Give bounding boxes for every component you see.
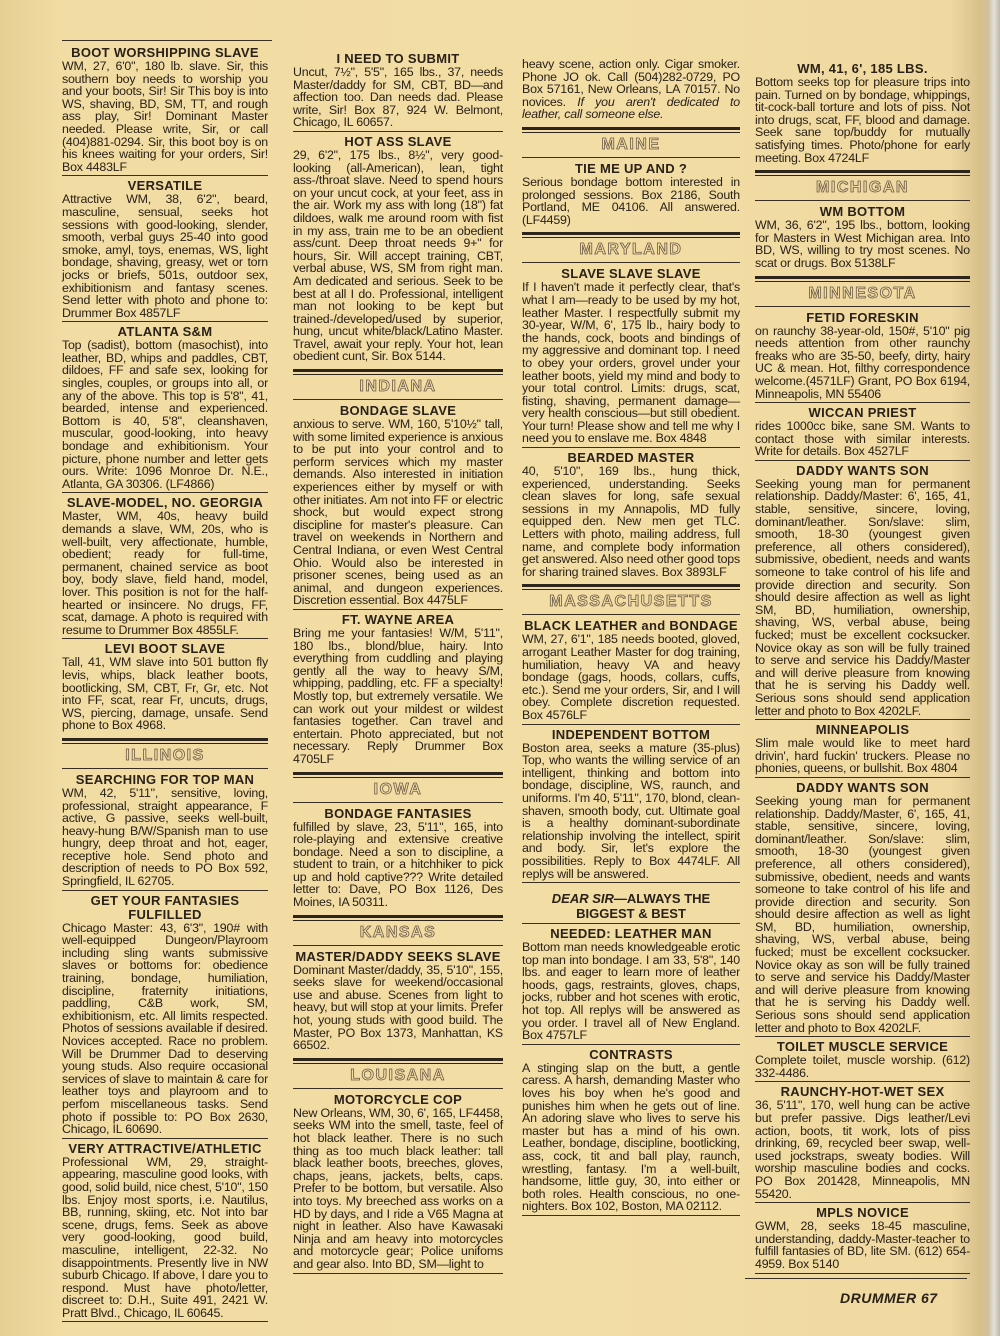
classified-ad-continued: heavy scene, action only. Cigar smoker. … [522,58,740,121]
rule [755,460,970,461]
rule [755,200,970,201]
footer-rule [745,1278,967,1279]
ad-body: anxious to serve. WM, 160, 5'10½" tall, … [293,418,503,607]
ad-title: HOT ASS SLAVE [293,135,503,149]
classified-ad: BLACK LEATHER and BONDAGEWM, 27, 6'1", 1… [522,619,740,721]
ad-title: NEEDED: LEATHER MAN [522,927,740,941]
classified-ad: INDEPENDENT BOTTOMBoston area, seeks a m… [522,728,740,881]
double-rule [755,276,970,282]
state-header: ILLINOIS [62,738,268,769]
double-rule [293,369,503,375]
double-rule [522,584,740,590]
rule [62,768,268,769]
ad-body: WM, 42, 5'11", sensitive, loving, profes… [62,787,268,888]
state-name: ILLINOIS [62,747,268,765]
ad-body: Bring me your fantasies! W/M, 5'11", 180… [293,627,503,766]
rule [755,306,970,307]
classified-ad: MPLS NOVICEGWM, 28, seeks 18-45 masculin… [755,1206,970,1270]
classified-ad: SEARCHING FOR TOP MANWM, 42, 5'11", sens… [62,773,268,888]
ad-body: 40, 5'10", 169 lbs., hung thick, experie… [522,465,740,578]
ad-body: Top (sadist), bottom (masochist), into l… [62,339,268,490]
ad-body: Slim male would like to meet hard drivin… [755,737,970,775]
ad-title: WICCAN PRIEST [755,406,970,420]
ad-body: Chicago Master: 43, 6'3", 190# with well… [62,922,268,1136]
classified-ad: MOTORCYCLE COPNew Orleans, WM, 30, 6', 1… [293,1093,503,1271]
ad-body: Uncut, 7½", 5'5", 165 lbs., 37, needs Ma… [293,66,503,129]
rule [755,777,970,778]
ad-title: GET YOUR FANTASIES FULFILLED [62,894,268,922]
rule [62,1138,268,1139]
page-edge [988,0,1000,1336]
classified-ad: WM, 41, 6', 185 LBS.Bottom seeks top for… [755,62,970,164]
rule [755,1036,970,1037]
double-rule [522,127,740,133]
classified-ad: MINNEAPOLISSlim male would like to meet … [755,723,970,775]
ad-body: Master, WM, 40s, heavy build demands a s… [62,510,268,636]
classified-ad: DADDY WANTS SONSeeking young man for per… [755,464,970,717]
ad-title: CONTRASTS [522,1048,740,1062]
ad-title: FT. WAYNE AREA [293,613,503,627]
ad-body: A stinging slap on the butt, a gentle ca… [522,1062,740,1213]
classified-ad: FETID FORESKINon raunchy 38-year-old, 15… [755,311,970,401]
ad-body: WM, 36, 6'2", 195 lbs., bottom, looking … [755,219,970,269]
ad-title: WM BOTTOM [755,205,970,219]
state-header: MINNESOTA [755,276,970,307]
state-header: MARYLAND [522,232,740,263]
rule [522,923,740,924]
ad-title: BLACK LEATHER and BONDAGE [522,619,740,633]
ad-title: TIE ME UP AND ? [522,162,740,176]
state-name: MICHIGAN [755,179,970,197]
rule [522,262,740,263]
classified-ad: BEARDED MASTER40, 5'10", 169 lbs., hung … [522,451,740,578]
top-rule [62,40,272,41]
state-name: MASSACHUSETTS [522,593,740,611]
state-header: IOWA [293,772,503,803]
ad-title: DADDY WANTS SON [755,464,970,478]
ad-title: VERY ATTRACTIVE/ATHLETIC [62,1142,268,1156]
ad-title: MINNEAPOLIS [755,723,970,737]
rule [522,157,740,158]
rule [293,1088,503,1089]
ad-body: Attractive WM, 38, 6'2", beard, masculin… [62,193,268,319]
ad-body: New Orleans, WM, 30, 6', 165, LF4458, se… [293,1107,503,1271]
classified-ad: VERSATILEAttractive WM, 38, 6'2", beard,… [62,179,268,319]
ad-title: BONDAGE FANTASIES [293,807,503,821]
ad-body: Bottom man needs knowledgeable erotic to… [522,941,740,1042]
ad-body: Seeking young man for permanent relation… [755,478,970,717]
classified-ad: GET YOUR FANTASIES FULFILLEDChicago Mast… [62,894,268,1136]
ad-title: BOOT WORSHIPPING SLAVE [62,46,268,60]
rule [293,1273,503,1274]
classified-ad: WM BOTTOMWM, 36, 6'2", 195 lbs., bottom,… [755,205,970,269]
ad-body: GWM, 28, seeks 18-45 masculine, understa… [755,1220,970,1270]
double-rule [293,1058,503,1064]
rule [522,882,740,883]
column-4: WM, 41, 6', 185 LBS.Bottom seeks top for… [755,62,970,1277]
rule [755,402,970,403]
ad-body: Seeking young man for permanent relation… [755,795,970,1034]
rule [755,1081,970,1082]
classified-ad: FT. WAYNE AREABring me your fantasies! W… [293,613,503,766]
page-footer: DRUMMER 67 [840,1290,938,1306]
state-name: MAINE [522,136,740,154]
banner-italic: DEAR SIR [552,891,614,906]
ad-body: Tall, 41, WM slave into 501 button fly l… [62,656,268,732]
state-header: LOUISANA [293,1058,503,1089]
classified-ad: CONTRASTSA stinging slap on the butt, a … [522,1048,740,1213]
rule [62,638,268,639]
classified-ad: DADDY WANTS SONSeeking young man for per… [755,781,970,1034]
classified-ad: LEVI BOOT SLAVETall, 41, WM slave into 5… [62,642,268,732]
rule [522,1044,740,1045]
rule [293,802,503,803]
ad-title: RAUNCHY-HOT-WET SEX [755,1085,970,1099]
ad-body: fulfilled by slave, 23, 5'11", 165, into… [293,821,503,909]
classified-ad: TOILET MUSCLE SERVICEComplete toilet, mu… [755,1040,970,1079]
column-1: BOOT WORSHIPPING SLAVEWM, 27, 6'0", 180 … [62,46,268,1325]
ad-title: ATLANTA S&M [62,325,268,339]
ad-body: WM, 27, 6'1", 185 needs booted, gloved, … [522,633,740,721]
state-header: INDIANA [293,369,503,400]
ad-title: BONDAGE SLAVE [293,404,503,418]
ad-body: If I haven't made it perfectly clear, th… [522,281,740,445]
classified-ad: HOT ASS SLAVE29, 6'2", 175 lbs., 8½", ve… [293,135,503,363]
rule [522,614,740,615]
ad-body: on raunchy 38-year-old, 150#, 5'10" pig … [755,325,970,401]
double-rule [62,738,268,744]
rule [293,609,503,610]
rule [293,399,503,400]
ad-body: 29, 6'2", 175 lbs., 8½", very good-looki… [293,149,503,363]
ad-body: Complete toilet, muscle worship. (612) 3… [755,1054,970,1079]
classified-ad: MASTER/DADDY SEEKS SLAVEDominant Master/… [293,950,503,1052]
rule [293,945,503,946]
state-name: IOWA [293,781,503,799]
ad-title: VERSATILE [62,179,268,193]
double-rule [522,232,740,238]
page-number: 67 [921,1290,938,1306]
publication-name: DRUMMER [840,1290,917,1306]
rule [522,447,740,448]
rule [62,175,268,176]
ad-body: 36, 5'11", 170, well hung can be active … [755,1099,970,1200]
ad-title: INDEPENDENT BOTTOM [522,728,740,742]
rule [755,1202,970,1203]
ad-title: BEARDED MASTER [522,451,740,465]
ad-title: MPLS NOVICE [755,1206,970,1220]
classified-ad: SLAVE-MODEL, NO. GEORGIAMaster, WM, 40s,… [62,496,268,636]
rule [522,724,740,725]
ad-body: WM, 27, 6'0", 180 lb. slave. Sir, this s… [62,60,268,173]
state-name: MINNESOTA [755,285,970,303]
double-rule [755,170,970,176]
double-rule [293,772,503,778]
ad-body: Serious bondage bottom interested in pro… [522,176,740,226]
column-3: heavy scene, action only. Cigar smoker. … [522,58,740,1219]
state-header: MAINE [522,127,740,158]
classified-ad: WICCAN PRIESTrides 1000cc bike, sane SM.… [755,406,970,458]
ad-title: SEARCHING FOR TOP MAN [62,773,268,787]
rule [522,1215,740,1216]
banner-heading: DEAR SIR—ALWAYS THE BIGGEST & BEST [522,891,740,921]
ad-body: Professional WM, 29, straight-appearing,… [62,1156,268,1320]
ad-body: Bottom seeks top for pleasure trips into… [755,76,970,164]
classified-ad: SLAVE SLAVE SLAVEIf I haven't made it pe… [522,267,740,445]
classified-ad: I NEED TO SUBMITUncut, 7½", 5'5", 165 lb… [293,52,503,129]
ad-body: rides 1000cc bike, sane SM. Wants to con… [755,420,970,458]
ad-title: SLAVE-MODEL, NO. GEORGIA [62,496,268,510]
ad-title: MASTER/DADDY SEEKS SLAVE [293,950,503,964]
ad-title: SLAVE SLAVE SLAVE [522,267,740,281]
column-2: I NEED TO SUBMITUncut, 7½", 5'5", 165 lb… [293,52,503,1277]
classified-ad: ATLANTA S&MTop (sadist), bottom (masochi… [62,325,268,490]
state-name: KANSAS [293,924,503,942]
ad-title: WM, 41, 6', 185 LBS. [755,62,970,76]
classified-ad: BONDAGE FANTASIESfulfilled by slave, 23,… [293,807,503,909]
state-header: KANSAS [293,915,503,946]
ad-body: Boston area, seeks a mature (35-plus) To… [522,742,740,881]
classified-ad: BOOT WORSHIPPING SLAVEWM, 27, 6'0", 180 … [62,46,268,173]
state-header: MICHIGAN [755,170,970,201]
state-name: MARYLAND [522,241,740,259]
ad-title: MOTORCYCLE COP [293,1093,503,1107]
classified-ad: NEEDED: LEATHER MANBottom man needs know… [522,927,740,1042]
classified-ad: VERY ATTRACTIVE/ATHLETICProfessional WM,… [62,1142,268,1320]
rule [62,1321,268,1322]
rule [755,719,970,720]
ad-title: FETID FORESKIN [755,311,970,325]
classified-ad: TIE ME UP AND ?Serious bondage bottom in… [522,162,740,226]
ad-title: LEVI BOOT SLAVE [62,642,268,656]
classified-ad: BONDAGE SLAVEanxious to serve. WM, 160, … [293,404,503,607]
state-name: INDIANA [293,378,503,396]
rule [62,492,268,493]
rule [62,321,268,322]
rule [755,1273,970,1274]
classified-ad: RAUNCHY-HOT-WET SEX36, 5'11", 170, well … [755,1085,970,1200]
rule [293,131,503,132]
ad-title: I NEED TO SUBMIT [293,52,503,66]
double-rule [293,915,503,921]
ad-title: TOILET MUSCLE SERVICE [755,1040,970,1054]
ad-title: DADDY WANTS SON [755,781,970,795]
rule [62,890,268,891]
state-header: MASSACHUSETTS [522,584,740,615]
state-name: LOUISANA [293,1067,503,1085]
ad-body: Dominant Master/daddy, 35, 5'10", 155, s… [293,964,503,1052]
